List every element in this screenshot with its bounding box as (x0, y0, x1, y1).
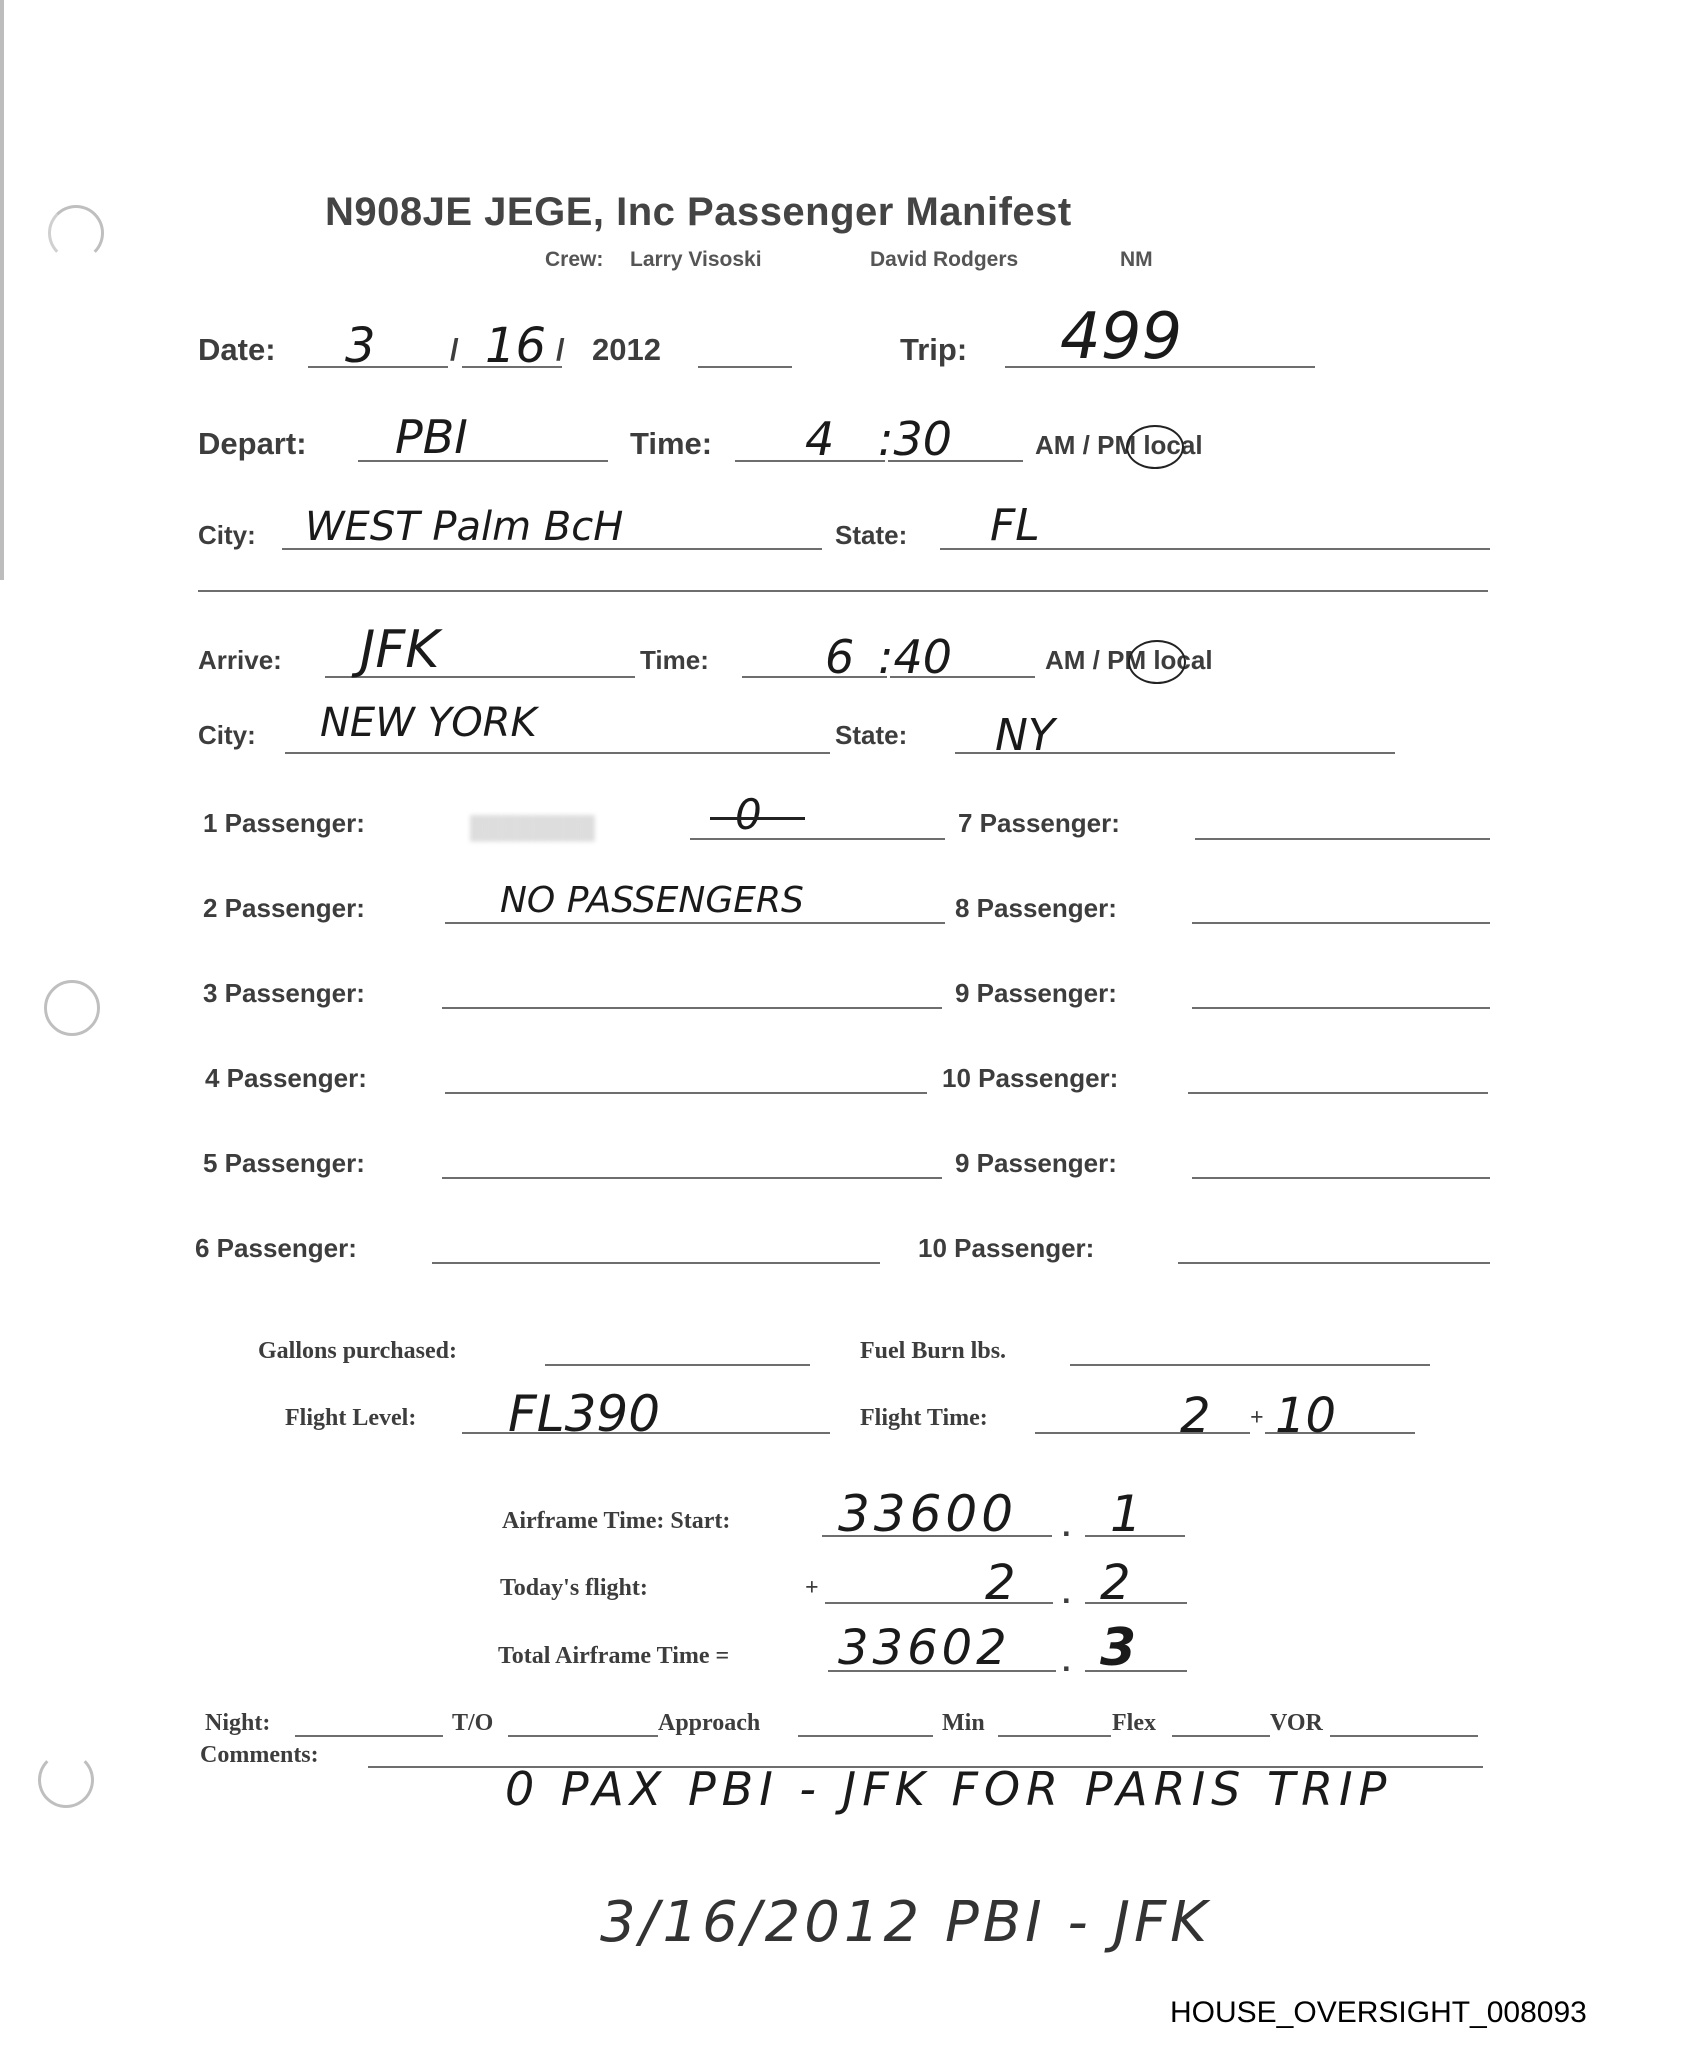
arrive-state-value[interactable]: NY (995, 710, 1055, 761)
depart-state-label: State: (835, 520, 907, 551)
approach-label: Approach (658, 1710, 760, 1737)
depart-time-label: Time: (630, 426, 712, 462)
flight-time-minutes[interactable]: 10 (1275, 1388, 1336, 1444)
page-edge (0, 0, 4, 580)
passenger-10b-label: 10 Passenger: (918, 1233, 1094, 1264)
todays-flight-tenth[interactable]: 2 (1100, 1555, 1131, 1611)
airframe-start-whole[interactable]: 33600 (838, 1485, 1017, 1543)
flight-level-label: Flight Level: (285, 1405, 416, 1432)
crew-member-1: Larry Visoski (630, 248, 762, 272)
passenger-1-value[interactable]: 0 (735, 790, 762, 839)
gallons-purchased-field[interactable] (545, 1364, 810, 1366)
todays-flight-whole[interactable]: 2 (985, 1555, 1016, 1611)
arrive-time-minute[interactable]: :40 (878, 630, 952, 684)
flex-label: Flex (1112, 1710, 1156, 1737)
passenger-5-label: 5 Passenger: (203, 1148, 365, 1179)
takeoff-label: T/O (452, 1710, 493, 1737)
airframe-start-tenth[interactable]: 1 (1110, 1485, 1142, 1543)
vor-label: VOR (1270, 1710, 1323, 1737)
arrive-city-label: City: (198, 720, 256, 751)
depart-airport-value[interactable]: PBI (395, 410, 468, 464)
gallons-purchased-label: Gallons purchased: (258, 1338, 457, 1365)
arrive-state-label: State: (835, 720, 907, 751)
passenger-4-label: 4 Passenger: (205, 1063, 367, 1094)
depart-state-value[interactable]: FL (990, 500, 1040, 551)
strikethrough-mark (710, 817, 805, 820)
crew-member-2: David Rodgers (870, 248, 1018, 272)
hole-punch-middle (44, 980, 100, 1036)
crew-member-3: NM (1120, 248, 1153, 272)
arrive-label: Arrive: (198, 645, 282, 676)
passenger-7-label: 7 Passenger: (958, 808, 1120, 839)
night-label: Night: (205, 1710, 270, 1737)
handwritten-annotation: 3/16/2012 PBI - JFK (600, 1890, 1211, 1955)
arrive-time-hour[interactable]: 6 (825, 630, 854, 684)
flight-time-label: Flight Time: (860, 1405, 988, 1432)
fuel-burn-label: Fuel Burn lbs. (860, 1338, 1006, 1365)
crew-label: Crew: (545, 248, 603, 272)
passenger-6-label: 6 Passenger: (195, 1233, 357, 1264)
flight-time-hours[interactable]: 2 (1180, 1388, 1211, 1444)
passenger-9b-label: 9 Passenger: (955, 1148, 1117, 1179)
arrive-city-value[interactable]: NEW YORK (320, 700, 537, 746)
total-airframe-tenth[interactable]: 3 (1100, 1618, 1136, 1678)
arrive-time-label: Time: (640, 645, 709, 676)
hole-punch-bottom (38, 1752, 94, 1808)
divider (198, 590, 1488, 592)
bates-number: HOUSE_OVERSIGHT_008093 (1170, 1996, 1587, 2030)
trip-value[interactable]: 499 (1060, 300, 1182, 374)
hole-punch-top (48, 205, 104, 261)
passenger-9-label: 9 Passenger: (955, 978, 1117, 1009)
todays-flight-label: Today's flight: (500, 1575, 648, 1602)
passenger-2-label: 2 Passenger: (203, 893, 365, 924)
passenger-3-label: 3 Passenger: (203, 978, 365, 1009)
comments-value[interactable]: 0 PAX PBI - JFK FOR PARIS TRIP (505, 1762, 1392, 1816)
depart-label: Depart: (198, 426, 307, 462)
airframe-start-label: Airframe Time: Start: (502, 1508, 730, 1535)
depart-city-label: City: (198, 520, 256, 551)
arrive-pm-selected-circle[interactable] (1128, 640, 1186, 684)
passenger-8-label: 8 Passenger: (955, 893, 1117, 924)
flight-time-separator: + (1250, 1405, 1264, 1432)
min-label: Min (942, 1710, 985, 1737)
comments-label: Comments: (200, 1742, 319, 1769)
manifest-title: N908JE JEGE, Inc Passenger Manifest (325, 190, 1072, 235)
flight-level-value[interactable]: FL390 (508, 1385, 660, 1443)
depart-time-hour[interactable]: 4 (805, 412, 834, 466)
depart-time-minute[interactable]: :30 (878, 412, 952, 466)
passenger-2-value[interactable]: NO PASSENGERS (500, 880, 804, 921)
depart-pm-selected-circle[interactable] (1126, 425, 1184, 469)
trip-label: Trip: (900, 332, 967, 368)
total-airframe-label: Total Airframe Time = (498, 1643, 729, 1670)
date-day-value[interactable]: 16 (485, 318, 546, 374)
passenger-1-label: 1 Passenger: (203, 808, 365, 839)
date-month-value[interactable]: 3 (345, 318, 376, 374)
date-year-value: 2012 (592, 332, 661, 368)
depart-city-value[interactable]: WEST Palm BcH (305, 504, 623, 550)
passenger-10-label: 10 Passenger: (942, 1063, 1118, 1094)
date-label: Date: (198, 332, 276, 368)
redacted-text: ████████ (470, 815, 595, 841)
fuel-burn-field[interactable] (1070, 1364, 1430, 1366)
total-airframe-whole[interactable]: 33602 (838, 1620, 1011, 1676)
arrive-airport-value[interactable]: JFK (360, 620, 439, 680)
